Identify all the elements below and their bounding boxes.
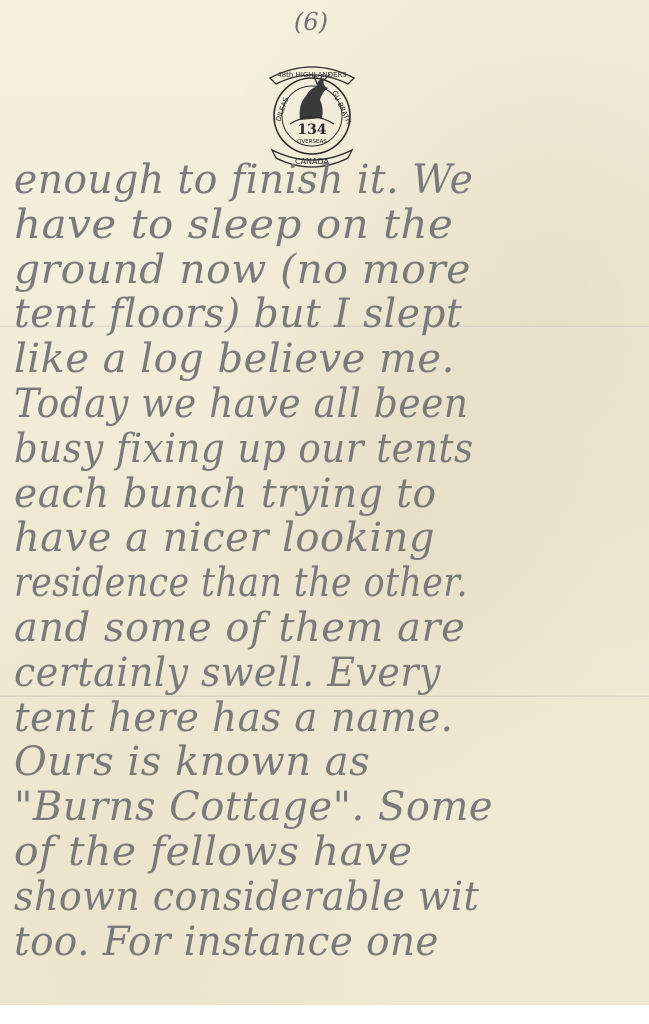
battalion-number: 134 bbox=[297, 122, 326, 138]
handwritten-line: residence than the other. bbox=[14, 561, 562, 606]
handwritten-line: enough to finish it. We bbox=[14, 158, 631, 203]
handwritten-line: like a log believe me. bbox=[14, 337, 644, 382]
handwritten-line: "Burns Cottage". Some bbox=[14, 785, 644, 830]
handwritten-line: Today we have all been bbox=[14, 382, 606, 427]
handwritten-line: certainly swell. Every bbox=[14, 651, 613, 696]
handwritten-line: busy fixing up our tents bbox=[14, 427, 600, 472]
letter-page: (6) 48th HIGHLANDERS DILEAS GU BRATH 134… bbox=[0, 0, 649, 1005]
handwritten-line: have to sleep on the bbox=[14, 203, 649, 248]
handwritten-line: of the fellows have bbox=[14, 830, 649, 875]
handwritten-line: too. For instance one bbox=[14, 920, 625, 965]
handwritten-line: Ours is known as bbox=[14, 740, 644, 785]
page-number: (6) bbox=[286, 8, 336, 36]
crest-inner-text: OVERSEAS bbox=[297, 139, 327, 145]
handwritten-line: shown considerable wit bbox=[14, 875, 613, 920]
handwritten-body: enough to finish it. We have to sleep on… bbox=[14, 158, 644, 964]
handwritten-line: ground now (no more bbox=[14, 248, 649, 293]
handwritten-line: tent floors) but I slept bbox=[14, 292, 631, 337]
handwritten-line: have a nicer looking bbox=[14, 516, 644, 561]
handwritten-line: and some of them are bbox=[14, 606, 644, 651]
handwritten-line: each bunch trying to bbox=[14, 472, 631, 517]
regimental-crest-icon: 48th HIGHLANDERS DILEAS GU BRATH 134 OVE… bbox=[262, 58, 362, 170]
handwritten-line: tent here has a name. bbox=[14, 696, 625, 741]
